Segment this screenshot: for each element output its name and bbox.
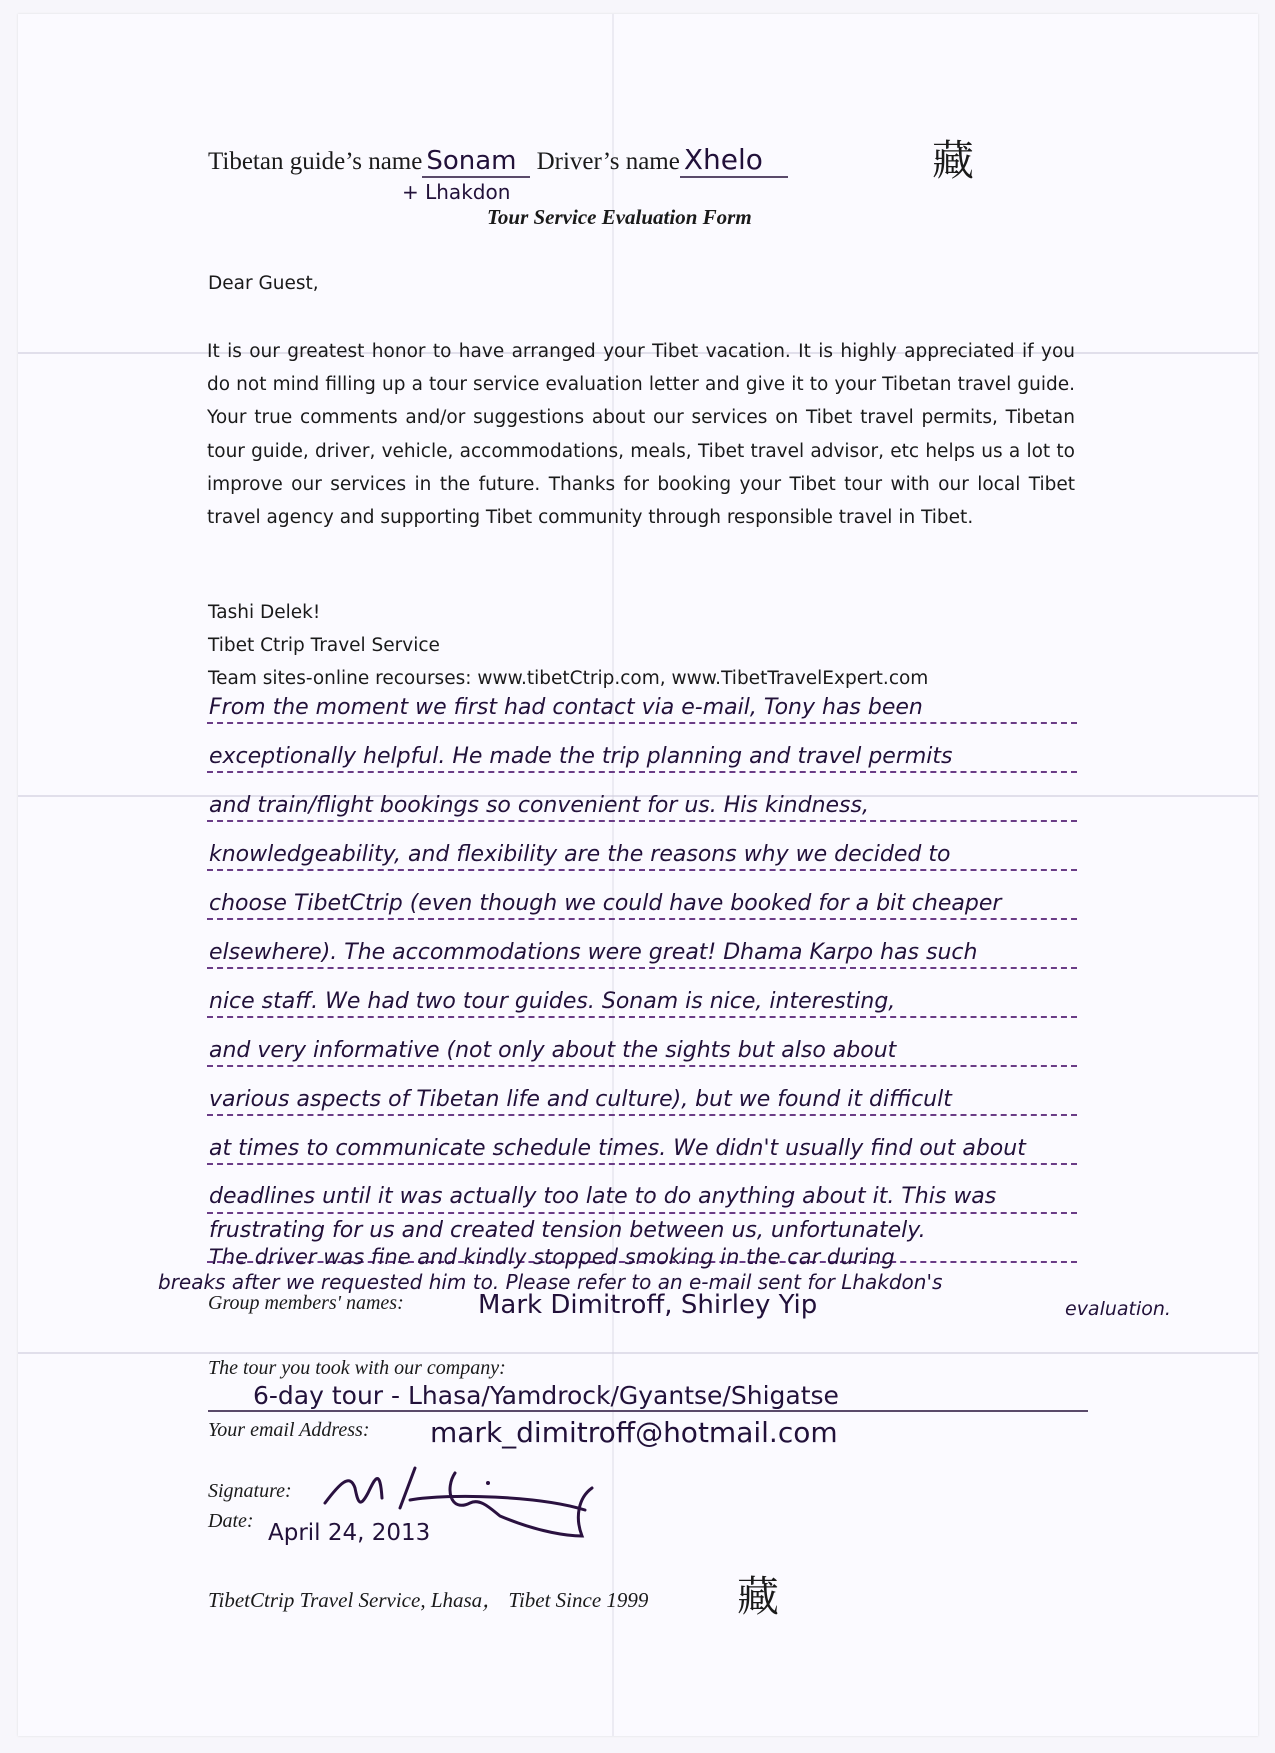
comment-rule bbox=[207, 1016, 1077, 1018]
comment-line: and very informative (not only about the… bbox=[209, 1038, 896, 1063]
team-sites: Team sites-online recourses: www.tibetCt… bbox=[208, 668, 928, 689]
comment-line: at times to communicate schedule times. … bbox=[209, 1136, 1026, 1161]
group-members-field[interactable]: Mark Dimitroff, Shirley Yip bbox=[478, 1290, 817, 1320]
date-label: Date: bbox=[208, 1510, 254, 1533]
comment-line: various aspects of Tibetan life and cult… bbox=[209, 1087, 952, 1112]
comment-rule bbox=[207, 820, 1077, 822]
comment-rule bbox=[207, 1065, 1077, 1067]
comment-line: evaluation. bbox=[1065, 1298, 1171, 1320]
signature-label: Signature: bbox=[208, 1480, 292, 1503]
comment-rule bbox=[207, 1163, 1077, 1165]
letter-body: It is our greatest honor to have arrange… bbox=[207, 335, 1075, 534]
driver-name-field[interactable]: Xhelo bbox=[680, 143, 788, 178]
comment-rule bbox=[207, 918, 1077, 920]
group-members-label: Group members' names: bbox=[208, 1292, 404, 1315]
comment-rule bbox=[207, 771, 1077, 773]
guide-label: Tibetan guide’s name bbox=[208, 148, 422, 175]
guide-driver-line: Tibetan guide’s nameSonam Driver’s nameX… bbox=[208, 143, 788, 178]
comment-line: choose TibetCtrip (even though we could … bbox=[209, 891, 1001, 916]
comment-line: elsewhere). The accommodations were grea… bbox=[209, 940, 977, 965]
date-field[interactable]: April 24, 2013 bbox=[268, 1520, 430, 1546]
email-label: Your email Address: bbox=[208, 1419, 370, 1442]
tibet-logo-icon: 藏 bbox=[932, 128, 974, 188]
guide-name-extra: + Lhakdon bbox=[402, 180, 510, 204]
comment-rule bbox=[207, 722, 1077, 724]
comment-line: From the moment we first had contact via… bbox=[209, 695, 923, 720]
comment-rule bbox=[207, 1212, 1077, 1214]
comment-line: nice staff. We had two tour guides. Sona… bbox=[209, 989, 895, 1014]
tibet-logo-icon: 藏 bbox=[737, 1564, 779, 1624]
tour-field[interactable]: 6-day tour - Lhasa/Yamdrock/Gyantse/Shig… bbox=[208, 1381, 1088, 1412]
email-field[interactable]: mark_dimitroff@hotmail.com bbox=[430, 1416, 838, 1449]
guide-name-field[interactable]: Sonam bbox=[422, 146, 530, 178]
closing: Tashi Delek! bbox=[208, 602, 320, 623]
comment-rule bbox=[207, 1114, 1077, 1116]
comment-line: deadlines until it was actually too late… bbox=[209, 1184, 996, 1209]
comment-rule bbox=[207, 967, 1077, 969]
comment-line: exceptionally helpful. He made the trip … bbox=[209, 744, 953, 769]
comment-line: knowledgeability, and flexibility are th… bbox=[209, 842, 950, 867]
company-name: Tibet Ctrip Travel Service bbox=[208, 635, 440, 656]
form-title: Tour Service Evaluation Form bbox=[487, 205, 752, 230]
comment-rule bbox=[207, 869, 1077, 871]
footer-text: TibetCtrip Travel Service, Lhasa， Tibet … bbox=[208, 1584, 648, 1614]
comment-line: and train/flight bookings so convenient … bbox=[209, 793, 869, 818]
fold-line bbox=[612, 14, 614, 1736]
comment-line: The driver was fine and kindly stopped s… bbox=[209, 1245, 895, 1269]
tour-label: The tour you took with our company: bbox=[208, 1357, 506, 1380]
fold-line bbox=[18, 1352, 1258, 1354]
paper-sheet bbox=[18, 14, 1258, 1736]
comment-line: frustrating for us and created tension b… bbox=[209, 1218, 926, 1243]
salutation: Dear Guest, bbox=[208, 273, 319, 294]
driver-label: Driver’s name bbox=[537, 148, 680, 175]
